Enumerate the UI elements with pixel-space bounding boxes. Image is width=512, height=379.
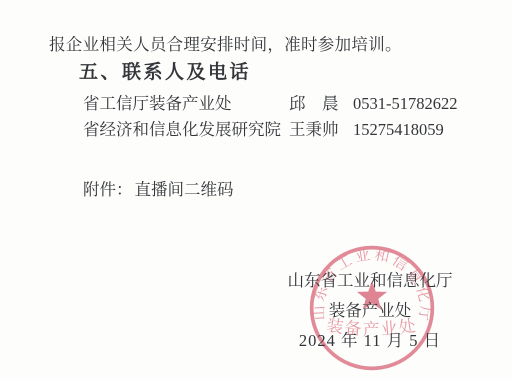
attachment-value: 直播间二维码 [135,180,234,199]
document-page: 报企业相关人员合理安排时间，准时参加培训。 五、联系人及电话 省工信厅装备产业处… [0,0,512,379]
section-heading: 五、联系人及电话 [79,57,251,84]
signature-org: 山东省工业和信息化厅 [250,266,490,296]
contact-person: 邱 晨 [289,90,353,114]
signature-date: 2024 年 11 月 5 日 [250,326,490,356]
contact-phone: 0531-51782622 [353,94,458,114]
paragraph-line: 报企业相关人员合理安排时间，准时参加培训。 [49,31,402,55]
contact-row: 省工信厅装备产业处邱 晨0531-51782622 [83,90,458,114]
contact-org: 省经济和信息化发展研究院 [83,116,289,140]
contact-row: 省经济和信息化发展研究院王秉帅15275418059 [83,116,444,140]
attachment-line: 附件：直播间二维码 [83,176,234,200]
contact-person: 王秉帅 [289,116,353,140]
contact-phone: 15275418059 [353,120,444,140]
signature-block: 山东省工业和信息化厅 装备产业处 2024 年 11 月 5 日 [250,266,490,356]
signature-department: 装备产业处 [250,296,490,326]
attachment-label: 附件： [83,180,133,199]
contact-org: 省工信厅装备产业处 [83,90,289,114]
